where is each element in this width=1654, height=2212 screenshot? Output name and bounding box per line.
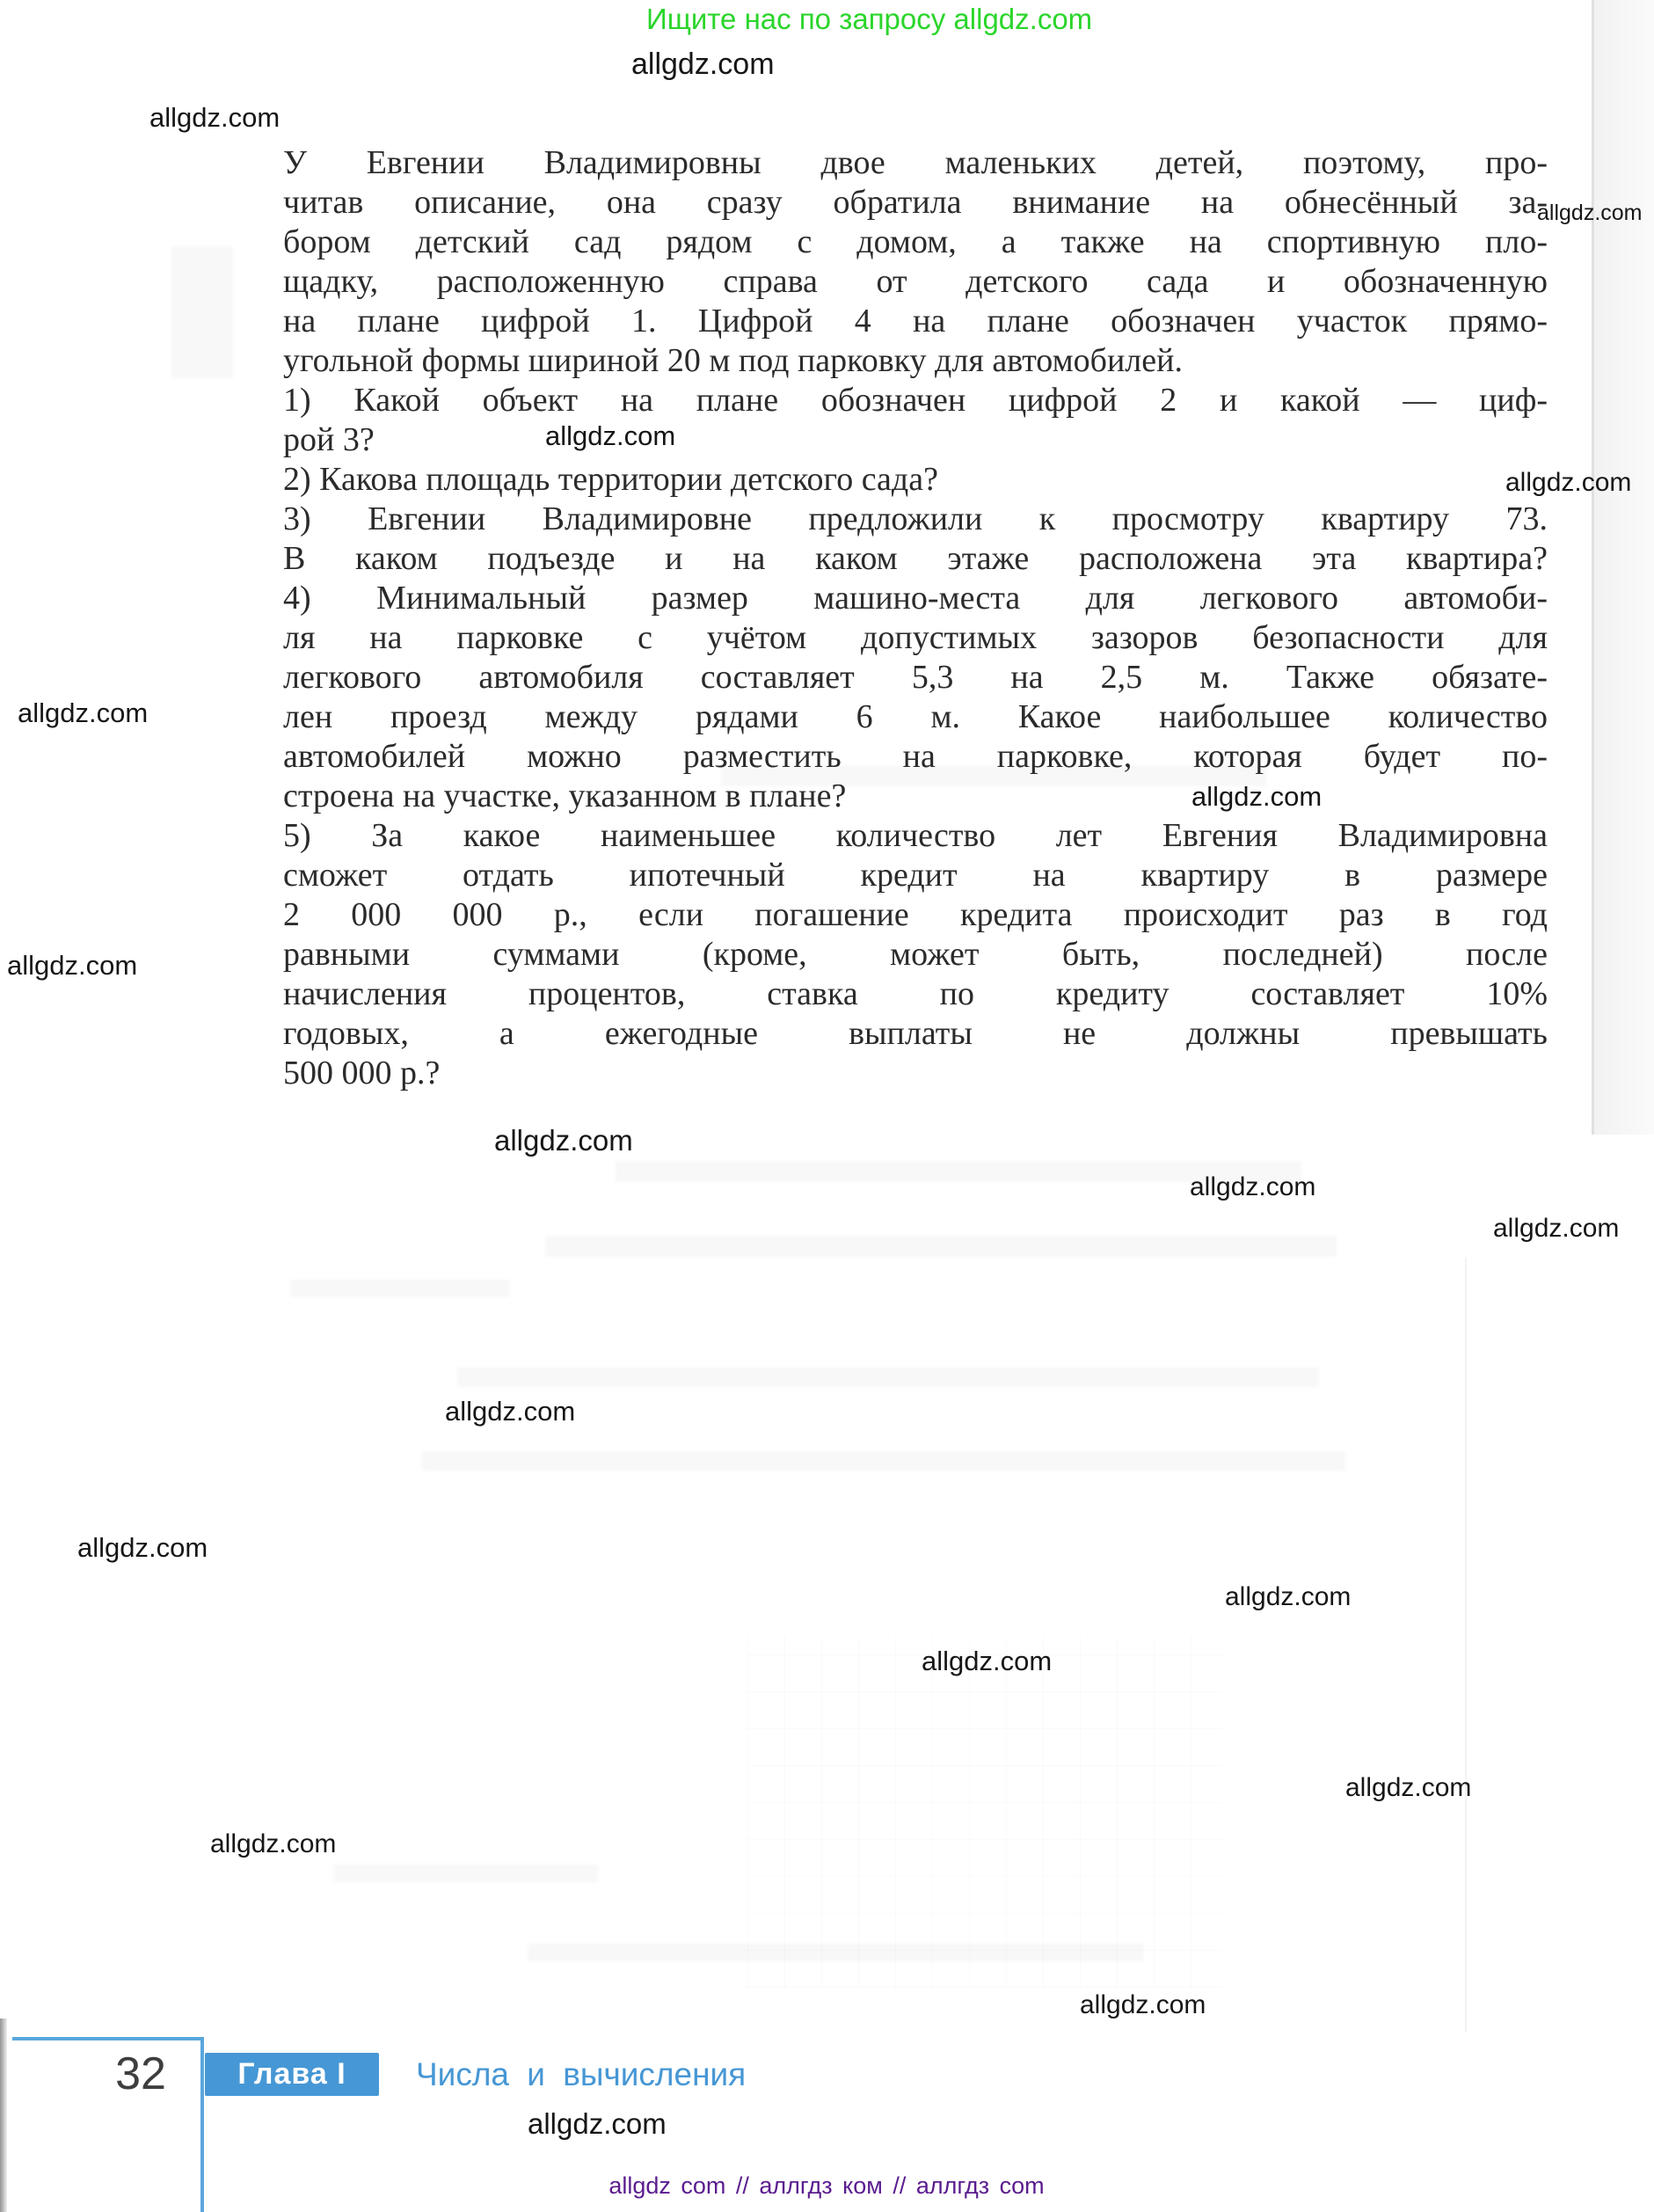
body-line: бором детский сад рядом с домом, а также… [283,223,1548,262]
body-line: 5) За какое наименьшее количество лет Ев… [283,816,1548,856]
watermark: allgdz.com [445,1398,575,1425]
body-line: угольной формы шириной 20 м под парковку… [283,341,1548,381]
ghost-bleed [171,246,233,378]
watermark: allgdz.com [210,1831,336,1858]
ghost-bleed [457,1368,1319,1387]
body-line: начисления процентов, ставка по кредиту … [283,975,1548,1014]
site-footer-line: allgdz com // аллгдз ком // аллгдз com [519,2174,1134,2198]
watermark: allgdz.com [1080,1992,1206,2019]
body-line: 2 000 000 р., если погашение кредита про… [283,895,1548,935]
body-line: 4) Минимальный размер машино-места для л… [283,579,1548,618]
body-line: читав описание, она сразу обратила внима… [283,183,1548,223]
problem-text-block: У Евгении Владимировны двое маленьких де… [283,143,1548,1093]
watermark: allgdz.com [1225,1584,1351,1610]
body-line: лен проезд между рядами 6 м. Какое наибо… [283,697,1548,737]
body-line: 2) Какова площадь территории детского са… [283,460,1548,500]
watermark: allgdz.com [1493,1216,1619,1242]
watermark: allgdz.com [494,1126,633,1155]
body-line: легкового автомобиля составляет 5,3 на 2… [283,658,1548,697]
ghost-bleed [528,1944,1143,1961]
body-line: строена на участке, указанном в плане? [283,777,1548,816]
watermark: allgdz.com [7,952,137,979]
body-line: щадку, расположенную справа от детского … [283,262,1548,302]
page-edge-shadow [1594,0,1654,1135]
page-left-edge-shadow [0,2019,7,2212]
ghost-bleed [334,1865,598,1882]
body-line: годовых, а ежегодные выплаты не должны п… [283,1014,1548,1054]
watermark: allgdz.com [1345,1775,1471,1801]
ghost-plan-grid [747,1636,1222,1988]
body-line: 500 000 р.? [283,1054,1548,1093]
body-line: на плане цифрой 1. Цифрой 4 на плане обо… [283,302,1548,341]
scanned-textbook-page: Ищите нас по запросу allgdz.com allgdz.c… [0,0,1654,2212]
body-line: равными суммами (кроме, может быть, посл… [283,935,1548,975]
ghost-bleed [422,1451,1345,1471]
watermark: allgdz.com [1190,1174,1315,1201]
ghost-bleed [545,1236,1337,1257]
body-line: У Евгении Владимировны двое маленьких де… [283,143,1548,183]
body-line: 1) Какой объект на плане обозначен цифро… [283,381,1548,420]
watermark: allgdz.com [528,2109,667,2138]
body-line: ля на парковке с учётом допустимых зазор… [283,618,1548,658]
body-line: автомобилей можно разместить на парковке… [283,737,1548,777]
watermark: allgdz.com [77,1534,208,1561]
footer-corner-line-vertical [200,2037,204,2212]
body-line: В каком подъезде и на каком этаже распол… [283,539,1548,579]
ghost-bleed [290,1280,510,1297]
chapter-title: Числа и вычисления [416,2058,746,2091]
body-line: сможет отдать ипотечный кредит на кварти… [283,856,1548,895]
body-line: 3) Евгении Владимировне предложили к про… [283,500,1548,539]
watermark: allgdz.com [1537,202,1643,224]
watermark: allgdz.com [18,699,148,726]
watermark: allgdz.com [149,104,280,131]
promo-banner: Ищите нас по запросу allgdz.com [646,4,1092,33]
body-line: рой 3? [283,420,1548,460]
watermark: allgdz.com [922,1647,1052,1675]
page-edge-seam [1592,0,1594,1135]
page-fold-line [1465,1258,1467,2032]
page-number: 32 [97,2051,185,2097]
watermark: allgdz.com [631,49,775,79]
footer-corner-line-horizontal [12,2037,202,2040]
chapter-badge: Глава I [205,2053,379,2096]
